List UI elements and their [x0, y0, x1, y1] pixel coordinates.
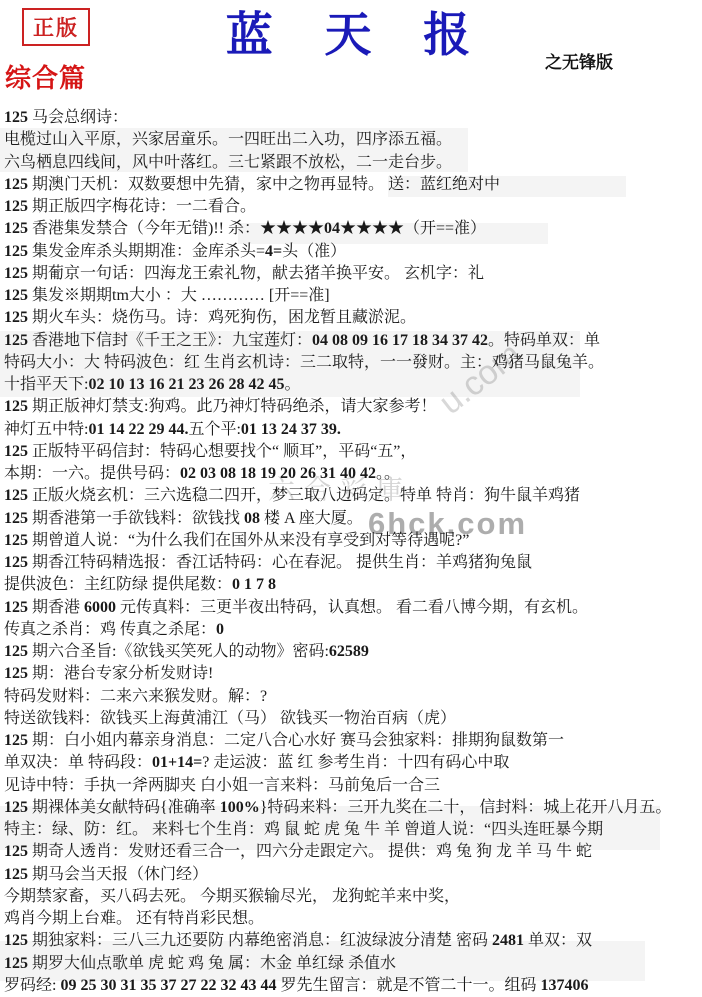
text-line: 今期禁家畜，买八码去死。 今期买猴输尽光， 龙狗蛇羊来中奖， — [4, 886, 702, 908]
text-line: 特码发财料：二来六来猴发财。解：? — [4, 686, 702, 708]
section-heading: 综合篇 — [5, 58, 86, 95]
text-line: 125 期马会当天报（休门经） — [4, 864, 702, 886]
text-line: 125 期奇人透肖：发财还看三合一，四六分走跟定六。 提供：鸡 兔 狗 龙 羊 … — [4, 841, 702, 863]
text-line: 125 期香江特码精选报：香江话特码：心在春泥。 提供生肖：羊鸡猪狗兔鼠 — [4, 552, 702, 574]
text-line: 125 期六合圣旨:《欲钱买笑死人的动物》密码:62589 — [4, 641, 702, 663]
text-line: 125 期裸体美女献特码{准确率 100%}特码来料：三开九奖在二十， 信封料：… — [4, 797, 702, 819]
text-line: 125 期澳门天机：双数要想中先猜，家中之物再显特。 送：蓝红绝对中 — [4, 174, 702, 196]
text-line: 125 马会总纲诗： — [4, 107, 702, 129]
text-line: 125 期香港第一手欲钱料：欲钱找 08 楼 A 座大厦。 — [4, 508, 702, 530]
text-line: 鸡肖今期上台难。 还有特肖彩民想。 — [4, 908, 702, 930]
text-line: 125 期曾道人说：“为什么我们在国外从来没有享受到对等待遇呢?” — [4, 530, 702, 552]
text-line: 125 期独家料：三八三九还要防 内幕绝密消息：红波绿波分清楚 密码 2481 … — [4, 930, 702, 952]
text-line: 125 期正版神灯禁支:狗鸡。此乃神灯特码绝杀，请大家参考！ — [4, 396, 702, 418]
newspaper-page: 六合彩庫 6hck.com u.com 正版 蓝 天 报 之无锋版 综合篇 12… — [0, 0, 702, 997]
text-line: 125 期：港台专家分析发财诗! — [4, 663, 702, 685]
text-line: 罗码经: 09 25 30 31 35 37 27 22 32 43 44 罗先… — [4, 975, 702, 997]
text-line: 125 期香港 6000 元传真料：三更半夜出特码，认真想。 看二看八博今期，有… — [4, 597, 702, 619]
text-line: 提供波色：主红防绿 提供尾数：0 1 7 8 — [4, 574, 702, 596]
edition-label: 之无锋版 — [545, 48, 613, 73]
text-line: 125 集发金库杀头期期准：金库杀头=4=头（准） — [4, 241, 702, 263]
tips-text-block: 125 马会总纲诗：电榄过山入平原，兴家居童乐。一四旺出二入功，四序添五福。六鸟… — [4, 107, 702, 997]
text-line: 见诗中特：手执一斧两脚夹 白小姐一言来料：马前兔后一合三 — [4, 775, 702, 797]
text-line: 特码大小：大 特码波色：红 生肖玄机诗：三二取特，一一發财。主：鸡猪马鼠兔羊。 — [4, 352, 702, 374]
text-line: 125 正版火烧玄机：三六选稳二四开，梦三取八边码定。特单 特肖：狗牛鼠羊鸡猪 — [4, 485, 702, 507]
text-line: 125 期火车头：烧伤马。诗：鸡死狗伤，困龙暂且藏淤泥。 — [4, 307, 702, 329]
text-line: 电榄过山入平原，兴家居童乐。一四旺出二入功，四序添五福。 — [4, 129, 702, 151]
text-line: 六鸟栖息四线间，风中叶落红。三七紧跟不放松，二一走台步。 — [4, 152, 702, 174]
text-line: 125 期：白小姐内幕亲身消息：二定八合心水好 赛马会独家料：排期狗鼠数第一 — [4, 730, 702, 752]
text-line: 125 正版特平码信封：特码心想要找个“ 顺耳”，平码“五”， — [4, 441, 702, 463]
text-line: 本期：一六。提供号码：02 03 08 18 19 20 26 31 40 42… — [4, 463, 702, 485]
text-line: 125 集发※期期tm大小 ：大 ………… [开==准] — [4, 285, 702, 307]
text-line: 125 期罗大仙点歌单 虎 蛇 鸡 兔 属：木金 单红绿 杀值水 — [4, 953, 702, 975]
text-line: 特主：绿、防：红。 来料七个生肖：鸡 鼠 蛇 虎 兔 牛 羊 曾道人说：“四头连… — [4, 819, 702, 841]
text-line: 十指平天下:02 10 13 16 21 23 26 28 42 45。 — [4, 374, 702, 396]
text-line: 传真之杀肖：鸡 传真之杀尾：0 — [4, 619, 702, 641]
text-line: 125 香港地下信封《千王之王》：九宝莲灯：04 08 09 16 17 18 … — [4, 330, 702, 352]
text-line: 特送欲钱料：欲钱买上海黄浦江（马） 欲钱买一物治百病（虎） — [4, 708, 702, 730]
text-line: 125 期正版四字梅花诗：一二看合。 — [4, 196, 702, 218]
text-line: 125 香港集发禁合（今年无错)!! 杀：★★★★04★★★★（开==准） — [4, 218, 702, 240]
text-line: 125 期葡京一句话：四海龙王索礼物，献去猪羊换平安。 玄机字：礼 — [4, 263, 702, 285]
text-line: 神灯五中特:01 14 22 29 44.五个平:01 13 24 37 39. — [4, 419, 702, 441]
text-line: 单双决：单 特码段：01+14=? 走运波：蓝 红 参考生肖：十四有码心中取 — [4, 752, 702, 774]
